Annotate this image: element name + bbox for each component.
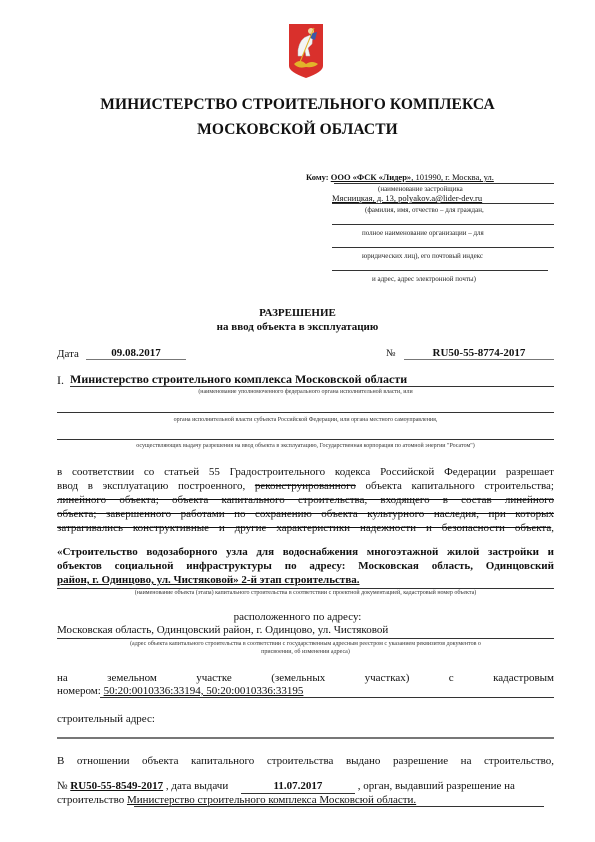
document-subtitle: на ввод объекта в эксплуатацию <box>0 321 595 333</box>
object-line3: район, г. Одинцово, ул. Чистяковой» 2-й … <box>57 573 554 587</box>
land-line2: номером: 50:20:0010336:33194, 50:20:0010… <box>57 684 303 698</box>
recipient-underline-3 <box>332 224 554 225</box>
object-name: «Строительство водозаборного узла для во… <box>57 545 554 587</box>
authority-hint-3: осуществляющих выдачу разрешения на ввод… <box>57 443 554 449</box>
recipient-underline-5 <box>332 270 548 271</box>
location-underline <box>57 638 554 639</box>
paragraph-line5-struck: затрагивались конструктивные и другие ха… <box>57 522 551 534</box>
land-label: номером: <box>57 685 101 697</box>
paragraph-line1: в соответствии со статьей 55 Градостроит… <box>57 465 554 479</box>
location-hint-2: присвоении, об изменении адреса) <box>57 649 554 655</box>
paragraph-line2-struck: реконструированного <box>255 480 356 492</box>
paragraph-line4: объекта; завершенного работами по сохран… <box>57 507 554 521</box>
permit-line2: № RU50-55-8549-2017 , дата выдачи 11.07.… <box>57 779 515 794</box>
location-address: Московская область, Одинцовский район, г… <box>57 624 388 636</box>
number-value: RU50-55-8774-2017 <box>404 347 554 359</box>
object-hint: (наименование объекта (этапа) капитально… <box>57 590 554 596</box>
paragraph-line2: ввод в эксплуатацию построенного, реконс… <box>57 479 554 493</box>
permit-issuer-underline <box>134 806 544 807</box>
permit-line3: строительство Министерство строительного… <box>57 793 416 807</box>
permission-paragraph: в соответствии со статьей 55 Градостроит… <box>57 465 554 535</box>
object-underline <box>57 588 554 589</box>
permit-date-label: , дата выдачи <box>166 780 228 792</box>
paragraph-line5: затрагивались конструктивные и другие ха… <box>57 521 554 535</box>
ministry-name-line2: МОСКОВСКОЙ ОБЛАСТИ <box>0 121 595 139</box>
recipient-label: Кому: <box>306 172 329 182</box>
paragraph-line5-end: , <box>551 522 554 534</box>
object-line1: «Строительство водозаборного узла для во… <box>57 545 554 559</box>
moscow-oblast-coat-of-arms-icon <box>286 14 326 80</box>
date-underline <box>86 359 186 360</box>
paragraph-line2-text: ввод в эксплуатацию построенного, <box>57 480 255 492</box>
recipient-underline-4 <box>332 247 554 248</box>
paragraph-line2-tail: объекта капитального строительства; <box>356 480 554 492</box>
date-label: Дата <box>57 348 79 360</box>
construction-address-label: строительный адрес: <box>57 712 155 726</box>
object-line2: объектов социальной инфраструктуры по ад… <box>57 559 554 573</box>
recipient-hint-2: (фамилия, имя, отчество – для граждан, <box>365 206 484 214</box>
recipient-hint-4: юридических лиц), его почтовый индекс <box>362 252 483 260</box>
authority-line-3 <box>57 439 554 440</box>
recipient-hint-3: полное наименование организации – для <box>362 229 484 237</box>
recipient-name: ООО «ФСК «Лидер» <box>331 172 411 182</box>
recipient-hint-1: (наименование застройщика <box>378 185 463 193</box>
permit-issuer-prefix: строительство <box>57 794 124 806</box>
authority-hint-1: (наименование уполномоченного федерально… <box>57 389 554 395</box>
permit-issuer: Министерство строительного комплекса Мос… <box>127 794 416 806</box>
permit-date: 11.07.2017 <box>241 779 355 794</box>
section-prefix: I. <box>57 373 64 388</box>
number-underline <box>404 359 554 360</box>
document-title: РАЗРЕШЕНИЕ <box>0 307 595 319</box>
permit-number: RU50-55-8549-2017 <box>70 780 163 792</box>
recipient-line1: Кому: ООО «ФСК «Лидер», 101990, г. Москв… <box>306 172 494 182</box>
paragraph-line3: линейного объекта; объекта капитального … <box>57 493 554 507</box>
construction-address-line <box>57 737 554 739</box>
location-label: расположенного по адресу: <box>0 611 595 623</box>
recipient-underline-2 <box>332 203 554 204</box>
permit-issuer-label: , орган, выдавший разрешение на <box>358 780 515 792</box>
number-label: № <box>386 348 396 359</box>
authority-hint-2: органа исполнительной власти субъекта Ро… <box>57 417 554 423</box>
date-value: 09.08.2017 <box>86 347 186 359</box>
cadastral-numbers: 50:20:0010336:33194, 50:20:0010336:33195 <box>104 685 304 697</box>
location-hint-1: (адрес объекта капитального строительств… <box>57 641 554 647</box>
permit-number-label: № <box>57 780 68 792</box>
cadastral-underline <box>100 697 554 698</box>
ministry-name-line1: МИНИСТЕРСТВО СТРОИТЕЛЬНОГО КОМПЛЕКСА <box>0 96 595 114</box>
recipient-underline-1 <box>334 183 554 184</box>
permit-line1: В отношении объекта капитального строите… <box>57 754 554 768</box>
issuing-authority: Министерство строительного комплекса Мос… <box>70 372 407 387</box>
authority-underline <box>70 386 554 387</box>
recipient-hint-5: и адрес, адрес электронной почты) <box>372 275 476 283</box>
recipient-address-part2: Мясницкая, д. 13, polyakov.a@lider-dev.r… <box>332 193 482 203</box>
recipient-address-part1: , 101990, г. Москва, ул. <box>411 172 494 182</box>
authority-line-2 <box>57 412 554 413</box>
land-line1: на земельном участке (земельных участках… <box>57 671 554 685</box>
coat-of-arms-emblem <box>286 14 326 80</box>
